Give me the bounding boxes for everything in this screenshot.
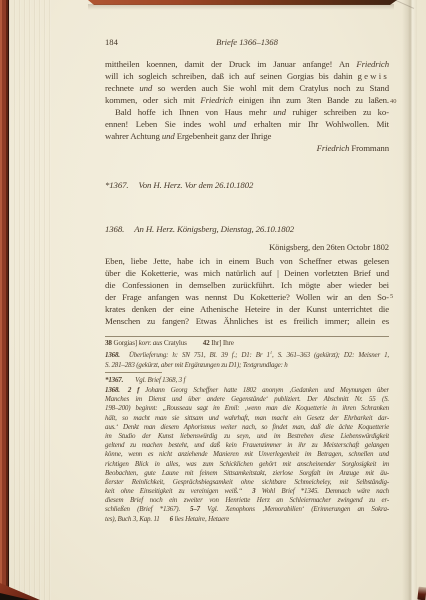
text-segment: ruhiger schreiben zu ko- xyxy=(286,107,389,117)
margin-line-number-40: 40 xyxy=(390,97,404,106)
letter-1368-dateline: Königsberg, den 26ten Octobr 1802 xyxy=(105,241,389,253)
text-segment: Eben, liebe Jette, habe ich in einem Buc… xyxy=(105,256,389,266)
text-segment: ßerster Reinlichkeit, Gesprächsbiegsamke… xyxy=(105,478,389,486)
textual-apparatus: 38 Gorgias] korr. aus Cratylus42 Ihr] Ih… xyxy=(105,339,389,348)
text-segment: hält, so macht man sie sittsam und wahrh… xyxy=(105,414,389,422)
cover-mark-bottom-right xyxy=(417,587,426,600)
text-segment: wahrer Achtung xyxy=(105,131,162,141)
text-segment: aus.‘ Denkt man diesem Aphorismus weiter… xyxy=(105,423,389,431)
text-segment: und xyxy=(162,131,175,141)
text-segment: 1368. xyxy=(105,386,120,394)
text-line: Bald hoffe ich Ihnen von Haus mehr und r… xyxy=(105,106,389,118)
text-segment: 5–7 xyxy=(190,505,200,513)
text-segment: geltend zu machen besteht, und daß kein … xyxy=(105,441,389,449)
text-line: im Studio der Kunst liebenswürdig zu sey… xyxy=(105,432,389,441)
text-segment: Wohl Brief *1345. Demnach wäre nach xyxy=(256,487,390,495)
text-segment: will ich sogleich schreiben, daß ich auf… xyxy=(105,71,357,81)
text-segment: Manches im Dienst und über andere Gegens… xyxy=(105,395,389,403)
text-line: kommen, oder sich mit Friedrich einigen … xyxy=(105,94,389,106)
commentary-separator-rule xyxy=(105,372,162,373)
text-segment: 1368. xyxy=(105,351,120,359)
text-line: 1368.Überlieferung: h: SN 751, Bl. 39 f.… xyxy=(105,351,389,361)
text-segment: S. 281–283 (gekürzt, aber mit Ergänzunge… xyxy=(105,361,288,369)
text-segment: Bald hoffe ich Ihnen von Haus mehr xyxy=(115,107,273,117)
text-segment: krates denken der eine Athenische Heteir… xyxy=(105,304,389,314)
text-segment: tes), Buch 3, Kap. 11 xyxy=(105,515,160,523)
text-segment: und xyxy=(139,83,152,93)
page-fore-edge-crease xyxy=(402,0,417,600)
text-line: *1367.Von H. Herz. Vor dem 26.10.1802 xyxy=(105,179,389,191)
text-segment: korr. aus xyxy=(139,339,163,347)
text-line: der Frage anfangen was nennst Du Kokette… xyxy=(105,291,389,303)
text-segment: Gorgias] xyxy=(112,339,139,347)
text-segment: Johann Georg Scheffner hatte 1802 anonym… xyxy=(139,386,389,394)
text-segment: Menschen zu fangen? Etwas Ähnliches ist … xyxy=(105,316,389,326)
running-head: Briefe 1366–1368 xyxy=(105,36,389,48)
text-line: aus.‘ Denkt man diesem Aphorismus weiter… xyxy=(105,423,389,432)
text-line: 1368.An H. Herz. Königsberg, Dienstag, 2… xyxy=(105,223,389,235)
text-segment: keit ohne Einseitigkeit zu vereinigen we… xyxy=(105,487,242,495)
text-segment: diesem Brief noch ein zweiter von Henrie… xyxy=(105,496,389,504)
text-line: könne, wenn es nicht anziehende Manieren… xyxy=(105,450,389,459)
commentary-note-1368: 1368.2 f Johann Georg Scheffner hatte 18… xyxy=(105,386,389,524)
text-segment: Ihr] Ihre xyxy=(210,339,234,347)
page-gutter-texture xyxy=(9,0,51,600)
text-segment: rechnete xyxy=(105,83,139,93)
text-segment: Beobachten, gute Laune mit feinem Sittsa… xyxy=(105,469,389,477)
text-segment: könne, wenn es nicht anziehende Manieren… xyxy=(105,450,389,458)
text-segment: Ergebenheit ganz der Ihrige xyxy=(175,131,272,141)
text-segment: und xyxy=(273,107,286,117)
text-segment: Frommann xyxy=(349,143,389,153)
text-line: ennen! Leben Sie indes wohl und erhalten… xyxy=(105,118,389,130)
text-segment: einigen ihn zum 3ten Bande zu laßen. xyxy=(233,95,389,105)
text-line: Manches im Dienst und über andere Gegens… xyxy=(105,395,389,404)
text-line: ßerster Reinlichkeit, Gesprächsbiegsamke… xyxy=(105,478,389,487)
text-segment: lies Hetaire, Hetaere xyxy=(173,515,229,523)
text-line: Eben, liebe Jette, habe ich in einem Buc… xyxy=(105,255,389,267)
text-segment: über die Koketterie, was mich natürlich … xyxy=(105,268,389,278)
book-cover-spine xyxy=(0,0,9,600)
text-segment: *1367. xyxy=(105,180,128,190)
text-segment: Cratylus xyxy=(162,339,187,347)
text-segment: 42 xyxy=(203,339,210,347)
text-segment: 2 f xyxy=(128,386,139,394)
text-line: S. 281–283 (gekürzt, aber mit Ergänzunge… xyxy=(105,361,389,371)
text-segment: mittheilen koennen, damit der Druck im J… xyxy=(105,59,356,69)
text-segment: Friedrich xyxy=(317,143,350,153)
text-line: wahrer Achtung und Ergebenheit ganz der … xyxy=(105,130,389,142)
letter-1368-body: Eben, liebe Jette, habe ich in einem Buc… xyxy=(105,255,389,327)
letter-1368-heading: 1368.An H. Herz. Königsberg, Dienstag, 2… xyxy=(105,223,389,235)
text-line: die Confessionen in demselben zurückführ… xyxy=(105,279,389,291)
text-line: Menschen zu fangen? Etwas Ähnliches ist … xyxy=(105,315,389,327)
text-segment: Von H. Herz. Vor dem 26.10.1802 xyxy=(138,180,253,190)
text-segment: Friedrich xyxy=(356,59,389,69)
text-segment: , S. 361–363 (gekürzt); D2: Meisner 1, xyxy=(272,351,389,359)
text-segment: kommen, oder sich mit xyxy=(105,95,200,105)
text-segment: An H. Herz. Königsberg, Dienstag, 26.10.… xyxy=(134,224,294,234)
text-segment: gewis xyxy=(357,71,389,81)
text-line: rechnete und so werden auch Sie wohl mit… xyxy=(105,82,389,94)
text-line: 38 Gorgias] korr. aus Cratylus42 Ihr] Ih… xyxy=(105,339,389,348)
text-line: 1368.2 f Johann Georg Scheffner hatte 18… xyxy=(105,386,389,395)
text-line: geltend zu machen besteht, und daß kein … xyxy=(105,441,389,450)
text-line: Friedrich Frommann xyxy=(105,142,389,154)
text-segment: so werden auch Sie wohl mit dem Cratylus… xyxy=(152,83,389,93)
text-line: diesem Brief noch ein zweiter von Henrie… xyxy=(105,496,389,505)
text-line: tes), Buch 3, Kap. 116 lies Hetaire, Het… xyxy=(105,515,389,524)
text-segment: richtigen Blick in alles, was zum Schick… xyxy=(105,460,389,468)
text-segment: im Studio der Kunst liebenswürdig zu sey… xyxy=(105,432,389,440)
text-line: krates denken der eine Athenische Heteir… xyxy=(105,303,389,315)
text-line: schließen (Brief *1367).5–7 Vgl. Xenopho… xyxy=(105,505,389,514)
letter-1366-continuation: mittheilen koennen, damit der Druck im J… xyxy=(105,58,389,154)
text-line: hält, so macht man sie sittsam und wahrh… xyxy=(105,414,389,423)
text-line: 198–200) beginnt: „Rousseau sagt im Emil… xyxy=(105,404,389,413)
text-segment: Vgl. Xenophons ‚Memorabilien‘ (Erinnerun… xyxy=(200,505,389,513)
text-segment: schließen (Brief *1367). xyxy=(105,505,180,513)
text-line: mittheilen koennen, damit der Druck im J… xyxy=(105,58,389,70)
scanned-book-page: 184 Briefe 1366–1368 mittheilen koennen,… xyxy=(0,0,426,600)
page-top-shadow xyxy=(88,4,394,10)
text-line: Beobachten, gute Laune mit feinem Sittsa… xyxy=(105,469,389,478)
text-segment: *1367. xyxy=(105,376,123,384)
text-segment: erhalten mir Ihr Wohlwollen. Mit xyxy=(246,119,389,129)
text-line: *1367.Vgl. Brief 1368, 3 f xyxy=(105,376,389,386)
text-line: keit ohne Einseitigkeit zu vereinigen we… xyxy=(105,487,389,496)
text-line: richtigen Blick in alles, was zum Schick… xyxy=(105,460,389,469)
text-segment: und xyxy=(233,119,246,129)
text-segment: der Frage anfangen was nennst Du Kokette… xyxy=(105,292,389,302)
text-line: will ich sogleich schreiben, daß ich auf… xyxy=(105,70,389,82)
page-header: 184 Briefe 1366–1368 xyxy=(105,36,389,48)
text-line: über die Koketterie, was mich natürlich … xyxy=(105,267,389,279)
apparatus-separator-rule xyxy=(105,336,389,337)
text-segment: Überlieferung: h: SN 751, Bl. 39 f.; D1:… xyxy=(129,351,270,359)
text-segment: Friedrich xyxy=(200,95,233,105)
text-segment: ennen! Leben Sie indes wohl xyxy=(105,119,233,129)
letter-1367-heading: *1367.Von H. Herz. Vor dem 26.10.1802 xyxy=(105,179,389,191)
text-segment: Vgl. Brief 1368, 3 f xyxy=(135,376,185,384)
text-segment: 1368. xyxy=(105,224,124,234)
text-segment: die Confessionen in demselben zurückführ… xyxy=(105,280,389,290)
text-segment: 198–200) beginnt: „Rousseau sagt im Emil… xyxy=(105,404,389,412)
ueberlieferung-note: 1368.Überlieferung: h: SN 751, Bl. 39 f.… xyxy=(105,351,389,371)
commentary-note-1367: *1367.Vgl. Brief 1368, 3 f xyxy=(105,376,389,386)
margin-line-number-5: 5 xyxy=(390,292,404,301)
text-segment: 38 xyxy=(105,339,112,347)
